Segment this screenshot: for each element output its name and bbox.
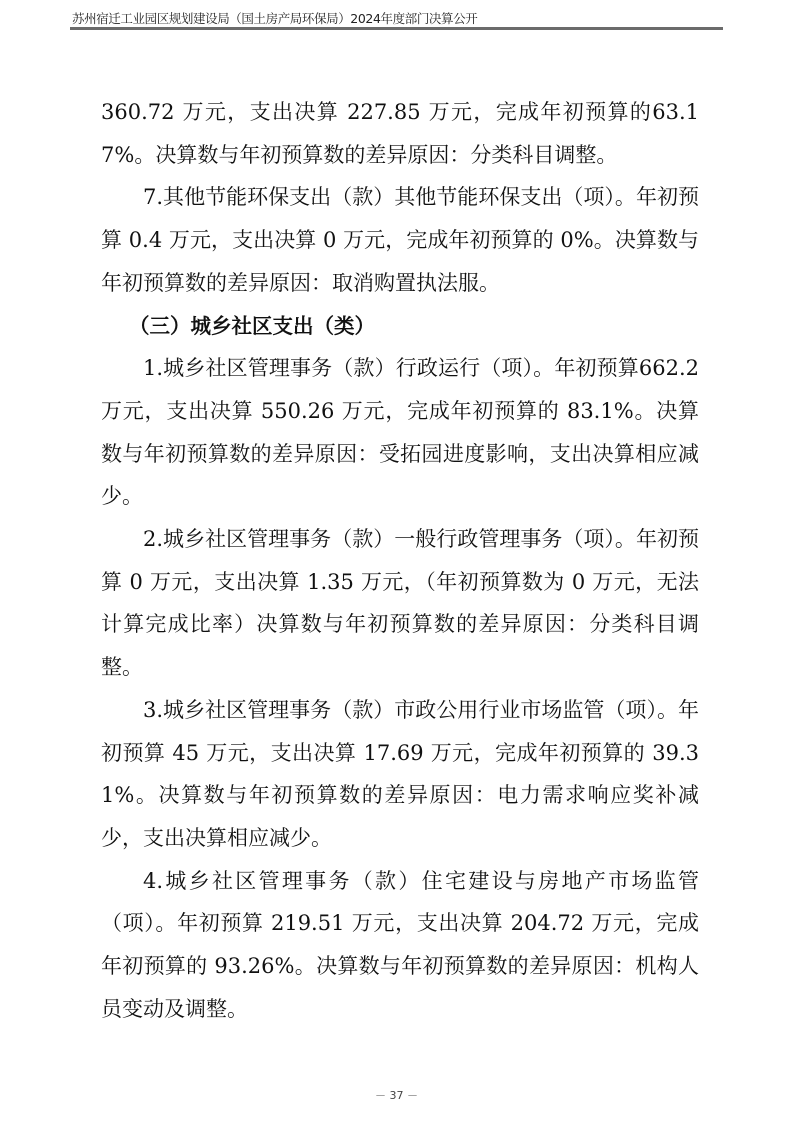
page-header: 苏州宿迁工业园区规划建设局（国土房产局环保局）2024年度部门决算公开 bbox=[72, 10, 723, 28]
header-divider bbox=[70, 27, 723, 30]
paragraph-admin-operation: 1.城乡社区管理事务（款）行政运行（项）。年初预算662.2 万元，支出决算 5… bbox=[101, 347, 699, 518]
paragraph-other-energy-env: 7.其他节能环保支出（款）其他节能环保支出（项）。年初预算 0.4 万元，支出决… bbox=[101, 176, 699, 304]
section-heading-urban-rural: （三）城乡社区支出（类） bbox=[101, 305, 699, 348]
header-title: 苏州宿迁工业园区规划建设局（国土房产局环保局）2024年度部门决算公开 bbox=[72, 10, 723, 28]
page-number: － 37 － bbox=[0, 1087, 793, 1103]
paragraph-energy-continued: 360.72 万元，支出决算 227.85 万元，完成年初预算的63.17%。决… bbox=[101, 91, 699, 176]
paragraph-housing-realestate: 4.城乡社区管理事务（款）住宅建设与房地产市场监管（项）。年初预算 219.51… bbox=[101, 860, 699, 1031]
paragraph-municipal-utility: 3.城乡社区管理事务（款）市政公用行业市场监管（项）。年初预算 45 万元，支出… bbox=[101, 689, 699, 860]
paragraph-general-admin: 2.城乡社区管理事务（款）一般行政管理事务（项）。年初预算 0 万元，支出决算 … bbox=[101, 518, 699, 689]
document-body: 360.72 万元，支出决算 227.85 万元，完成年初预算的63.17%。决… bbox=[101, 91, 699, 1030]
